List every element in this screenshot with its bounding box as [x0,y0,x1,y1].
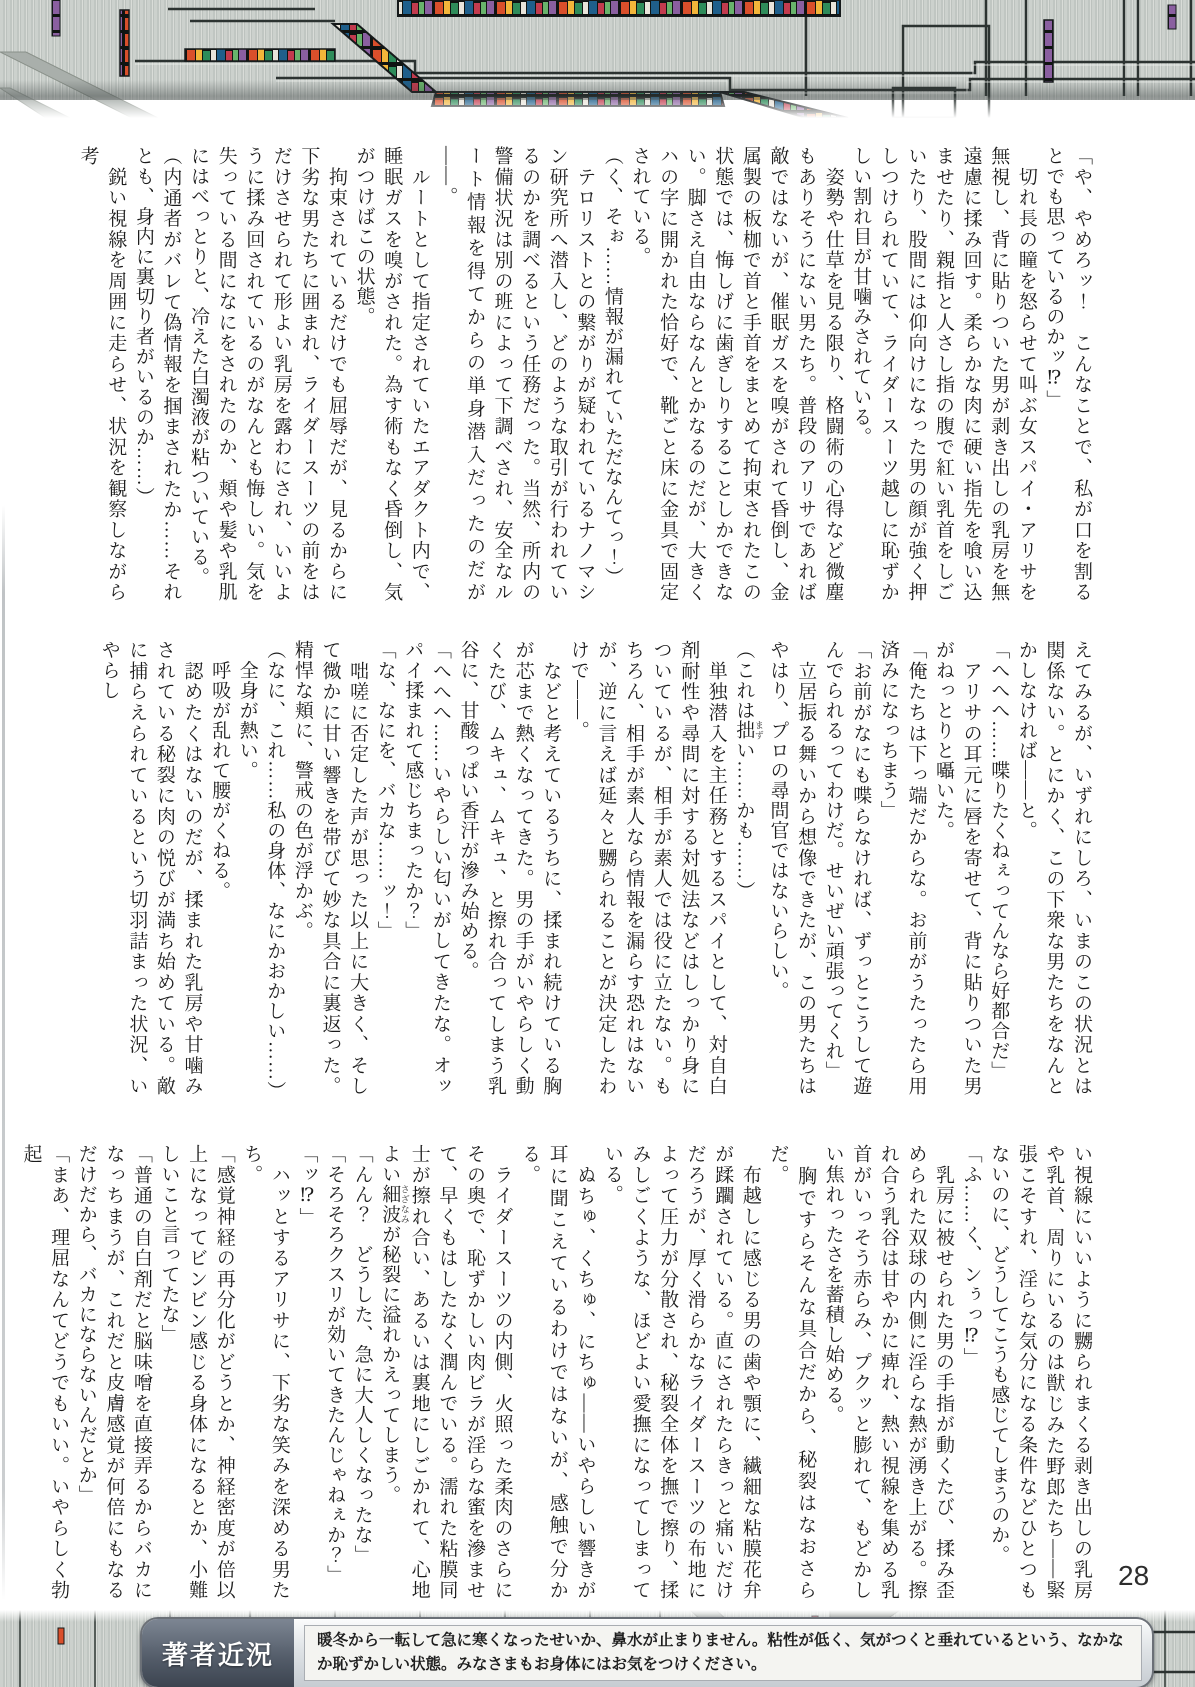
paragraph: 「や、やめろッ！ こんなことで、私が口を割るとでも思っているのかッ⁉」 [1040,146,1095,602]
paragraph: 「感覚神経の再分化がどうとか、神経密度が倍以上になってビンビン感じる身体になると… [155,1144,238,1600]
paragraph: ルートとして指定されていたエアダクト内で、睡眠ガスを嗅がされた。為す術もなく昏倒… [350,146,433,602]
furigana: 拙まず [733,720,754,740]
text-block-2: えてみるが、いずれにしろ、いまのこの状況とは関係ない。とにかく、この下衆な男たち… [147,640,1095,1096]
paragraph: 「お前がなにも喋らなければ、ずっとこうして遊んでられるってわけだ。せいぜい頑張っ… [819,640,874,1096]
paragraph: などと考えているうちに、揉まれ続けている胸が芯まで熱くなってきた。男の手がいやら… [454,640,564,1096]
paragraph: 「まあ、理屈なんてどうでもいい。いやらしく勃起 [17,1144,72,1600]
paragraph: （内通者がバレて偽情報を掴まされたか……それとも、身内に裏切り者がいるのか……） [129,146,184,602]
paragraph: 切れ長の瞳を怒らせて叫ぶ女スパイ・アリサを無視し、背に貼りついた男が剥き出しの乳… [847,146,1040,602]
furigana: 細波さざなみ [379,1184,400,1224]
header-decoration [0,0,1195,118]
paragraph: 拘束されているだけでも屈辱だが、見るからに下劣な男たちに囲まれ、ライダースーツの… [184,146,350,602]
paragraph: 乳房に被せられた男の手指が動くたび、揉み歪められた双球の内側に淫らな熱が湧き上が… [819,1144,957,1600]
paragraph: 単独潜入を主任務とするスパイとして、対自白剤耐性や尋問に対する対処法などはしっか… [564,640,730,1096]
paragraph: アリサの耳元に唇を寄せて、背に貼りついた男がねっとりと囁いた。 [929,640,984,1096]
paragraph: 「ふ……く、ンぅっ⁉」 [957,1144,985,1600]
paragraph: 呼吸が乱れて腰がくねる。 [206,640,234,1096]
paragraph: 鋭い視線を周囲に走らせ、状況を観察しながら考 [74,146,129,602]
author-status-bar: 著者近況 暖冬から一転して急に寒くなったせいか、鼻水が止まりません。粘性が低く、… [140,1617,1154,1687]
paragraph: 「普通の自白剤だと脳味噌を直接弄るからバカになっちまうが、これだと皮膚感覚が何倍… [72,1144,155,1600]
banner-fade [0,96,1195,118]
paragraph: 布越しに感じる男の歯や顎に、繊細な粘膜花弁が蹂躙されている。直にされたらきっと痛… [598,1144,764,1600]
paragraph: 「ッ⁉」 [293,1144,321,1600]
paragraph: 認めたくはないのだが、揉まれた乳房や甘噛みされている秘裂に肉の悦びが満ち始めてい… [95,640,205,1096]
paragraph: （く、そぉ……情報が漏れていただなんてっ！） [598,146,626,602]
author-status-message: 暖冬から一転して急に寒くなったせいか、鼻水が止まりません。粘性が低く、気がつくと… [304,1625,1142,1681]
paragraph: 咄嗟に否定した声が思った以上に大きく、そして微かに甘い響きを帯びて妙な具合に裏返… [288,640,371,1096]
paragraph: えてみるが、いずれにしろ、いまのこの状況とは関係ない。とにかく、この下衆な男たち… [1012,640,1095,1096]
paragraph: 姿勢や仕草を見る限り、格闘術の心得など微塵もありそうにない男たち。普段のアリサで… [626,146,847,602]
page-edge-line [2,505,5,1600]
paragraph: （なに、これ……私の身体、なにかおかしい……） [261,640,289,1096]
paragraph: 「な、なにを、バカな……ッ！」 [371,640,399,1096]
paragraph: 「んん？ どうした、急に大人しくなったな」 [348,1144,376,1600]
paragraph: 全身が熱い。 [233,640,261,1096]
page: 「や、やめろッ！ こんなことで、私が口を割るとでも思っているのかッ⁉」 切れ長の… [0,0,1195,1687]
paragraph: 「へへへ……いやらしい匂いがしてきたな。オッパイ揉まれて感じちまったか？」 [399,640,454,1096]
paragraph: 「へへへ……喋りたくねぇってんなら好都合だ」 [985,640,1013,1096]
paragraph: 「そろそろクスリが効いてきたんじゃねぇか？」 [320,1144,348,1600]
text-block-1: 「や、やめろッ！ こんなことで、私が口を割るとでも思っているのかッ⁉」 切れ長の… [147,146,1095,602]
author-status-label: 著者近況 [142,1619,294,1687]
paragraph: 胸ですらそんな具合だから、秘裂はなおさらだ。 [764,1144,819,1600]
paragraph: ライダースーツの内側、火照った柔肉のさらにその奥で、恥ずかしい肉ビラが淫らな蜜を… [376,1144,516,1600]
paragraph: テロリストとの繋がりが疑われているナノマシン研究所へ潜入し、どのような取引が行わ… [433,146,599,602]
text-block-3: い視線にいいように嬲られまくる剥き出しの乳房や乳首、周りにいるのは獣じみた野郎た… [147,1144,1095,1600]
paragraph: い視線にいいように嬲られまくる剥き出しの乳房や乳首、周りにいるのは獣じみた野郎た… [985,1144,1095,1600]
paragraph: ぬちゅ、くちゅ、にちゅ――いやらしい響きが耳に聞こえているわけではないが、感触で… [516,1144,599,1600]
paragraph: ハッとするアリサに、下劣な笑みを深める男たち。 [238,1144,293,1600]
paragraph: 立居振る舞いから想像できたが、この男たちはやはり、プロの尋問官ではないらしい。 [764,640,819,1096]
paragraph: （これは拙まずい……かも……） [730,640,764,1096]
page-number: 28 [1118,1560,1149,1592]
paragraph: 「俺たちは下っ端だからな。お前がうたったら用済みになっちまう」 [874,640,929,1096]
